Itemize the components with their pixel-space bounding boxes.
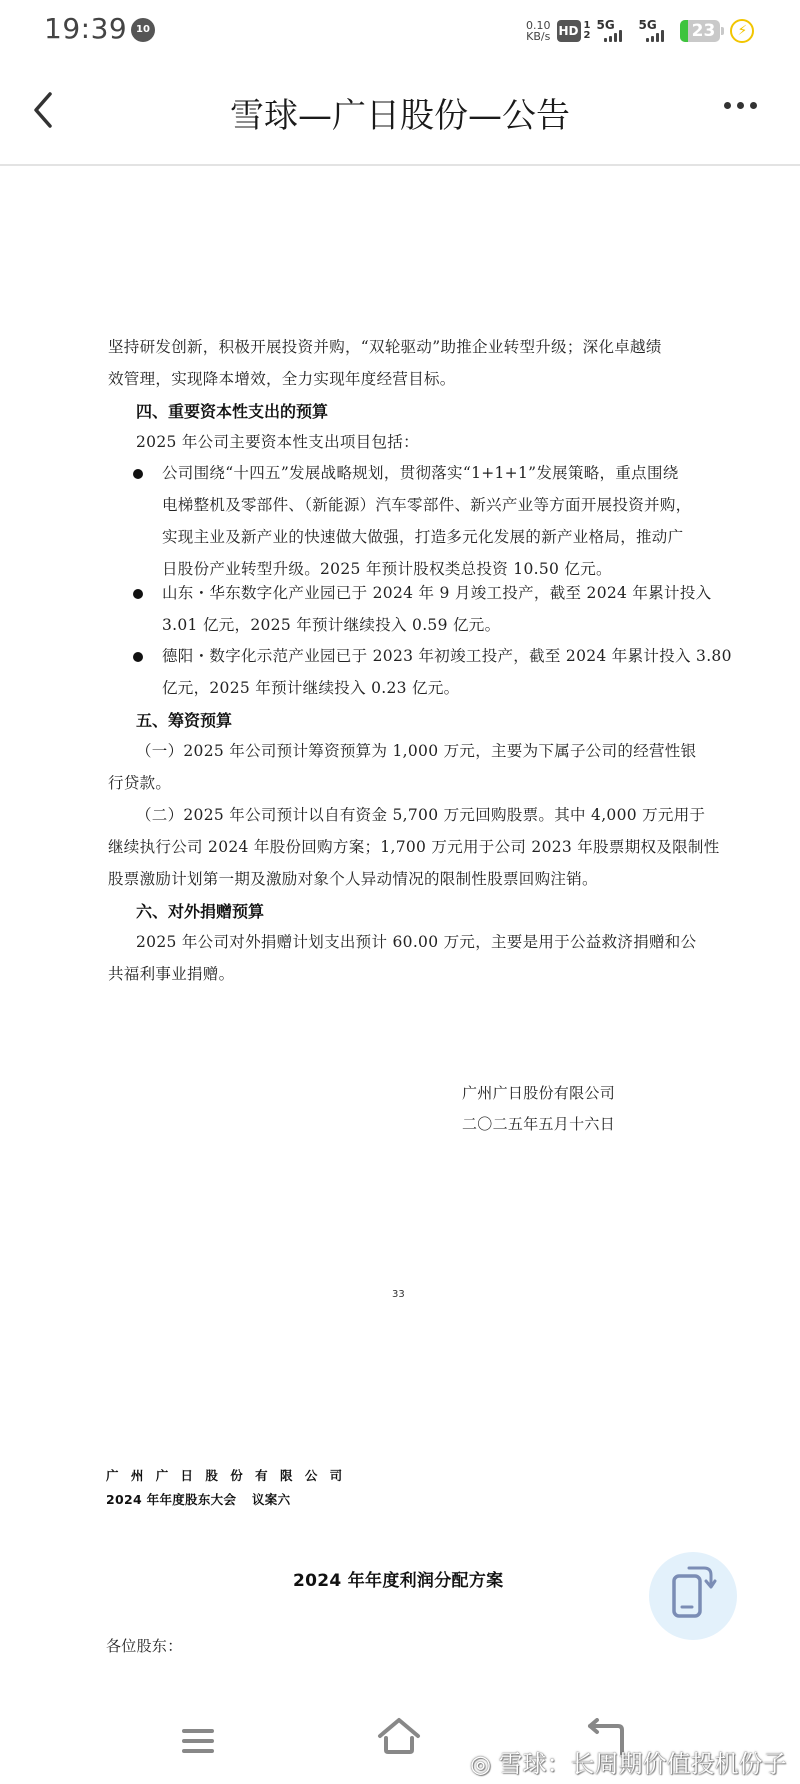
menu-button[interactable]	[180, 1726, 216, 1760]
bullet-icon	[133, 589, 143, 599]
bullet-icon	[133, 652, 143, 662]
menu-icon	[180, 1726, 216, 1756]
signature-company: 广州广日股份有限公司	[462, 1082, 615, 1103]
watermark: ◎ 雪球：长周期价值投机份子	[470, 1744, 787, 1779]
body-text: （一）2025 年公司预计筹资预算为 1,000 万元，主要为下属子公司的经营性…	[136, 739, 696, 761]
hd-voice-icon: HD	[557, 20, 581, 42]
app-header: 雪球—广日股份—公告	[0, 62, 800, 166]
bullet-text: 日股份产业转型升级。2025 年预计股权类总投资 10.50 亿元。	[162, 557, 612, 579]
next-page-meeting: 2024 年年度股东大会	[106, 1490, 236, 1508]
next-page-title: 2024 年年度利润分配方案	[293, 1566, 503, 1591]
bullet-text: 3.01 亿元，2025 年预计继续投入 0.59 亿元。	[162, 613, 500, 635]
next-page-salutation: 各位股东：	[106, 1635, 183, 1656]
chevron-left-icon	[26, 88, 66, 132]
body-text: 股票激励计划第一期及激励对象个人异动情况的限制性股票回购注销。	[108, 867, 598, 889]
body-text: 2025 年公司对外捐赠计划支出预计 60.00 万元，主要是用于公益救济捐赠和…	[136, 930, 696, 952]
signature-date: 二〇二五年五月十六日	[462, 1113, 615, 1134]
rotate-screen-button[interactable]	[649, 1552, 737, 1640]
back-button[interactable]	[26, 88, 66, 132]
next-page-company-header: 广 州 广 日 股 份 有 限 公 司	[106, 1466, 346, 1484]
sim-indicator: 1 2	[584, 21, 591, 41]
section-heading: 四、重要资本性支出的预算	[136, 399, 328, 422]
status-bar: 19:39 10 0.10 KB/s HD 1 2 5G 5G 23 ⚡	[0, 0, 800, 62]
more-button[interactable]	[724, 102, 757, 109]
page-title: 雪球—广日股份—公告	[150, 88, 650, 137]
bullet-text: 亿元，2025 年预计继续投入 0.23 亿元。	[162, 676, 459, 698]
notification-badge-icon: 10	[131, 18, 155, 42]
section-heading: 五、筹资预算	[136, 708, 232, 731]
home-button[interactable]	[376, 1716, 422, 1760]
body-text: 2025 年公司主要资本性支出项目包括：	[136, 430, 419, 452]
home-icon	[376, 1716, 422, 1756]
body-text: （二）2025 年公司预计以自有资金 5,700 万元回购股票。其中 4,000…	[136, 803, 705, 825]
bullet-text: 德阳・数字化示范产业园已于 2023 年初竣工投产，截至 2024 年累计投入 …	[162, 644, 732, 666]
body-text: 行贷款。	[108, 771, 171, 793]
net-speed: 0.10 KB/s	[526, 20, 551, 42]
bullet-icon	[133, 469, 143, 479]
xueqiu-logo-icon: ◎	[470, 1750, 491, 1778]
battery-icon: 23	[680, 20, 720, 42]
next-page-motion: 议案六	[252, 1490, 290, 1508]
body-text: 共福利事业捐赠。	[108, 962, 234, 984]
rotate-screen-icon	[649, 1552, 737, 1640]
more-horizontal-icon	[724, 102, 731, 109]
bullet-text: 电梯整机及零部件、（新能源）汽车零部件、新兴产业等方面开展投资并购，	[162, 493, 691, 515]
bullet-text: 公司围绕“十四五”发展战略规划，贯彻落实“1+1+1”发展策略，重点围绕	[162, 461, 679, 483]
status-icons: 0.10 KB/s HD 1 2 5G 5G 23 ⚡	[526, 16, 754, 46]
signal-5g-icon: 5G	[596, 18, 632, 44]
page-number: 33	[392, 1289, 405, 1300]
charging-icon: ⚡	[730, 19, 754, 43]
body-text: 继续执行公司 2024 年股份回购方案；1,700 万元用于公司 2023 年股…	[108, 835, 720, 857]
body-text: 效管理，实现降本增效，全力实现年度经营目标。	[108, 367, 456, 389]
signal-5g-data-icon: 5G	[638, 18, 674, 44]
body-text: 坚持研发创新，积极开展投资并购，“双轮驱动”助推企业转型升级；深化卓越绩	[108, 335, 662, 357]
section-heading: 六、对外捐赠预算	[136, 899, 264, 922]
clock: 19:39	[44, 12, 127, 45]
bullet-text: 山东・华东数字化产业园已于 2024 年 9 月竣工投产，截至 2024 年累计…	[162, 581, 711, 603]
bullet-text: 实现主业及新产业的快速做大做强，打造多元化发展的新产业格局，推动广	[162, 525, 683, 547]
